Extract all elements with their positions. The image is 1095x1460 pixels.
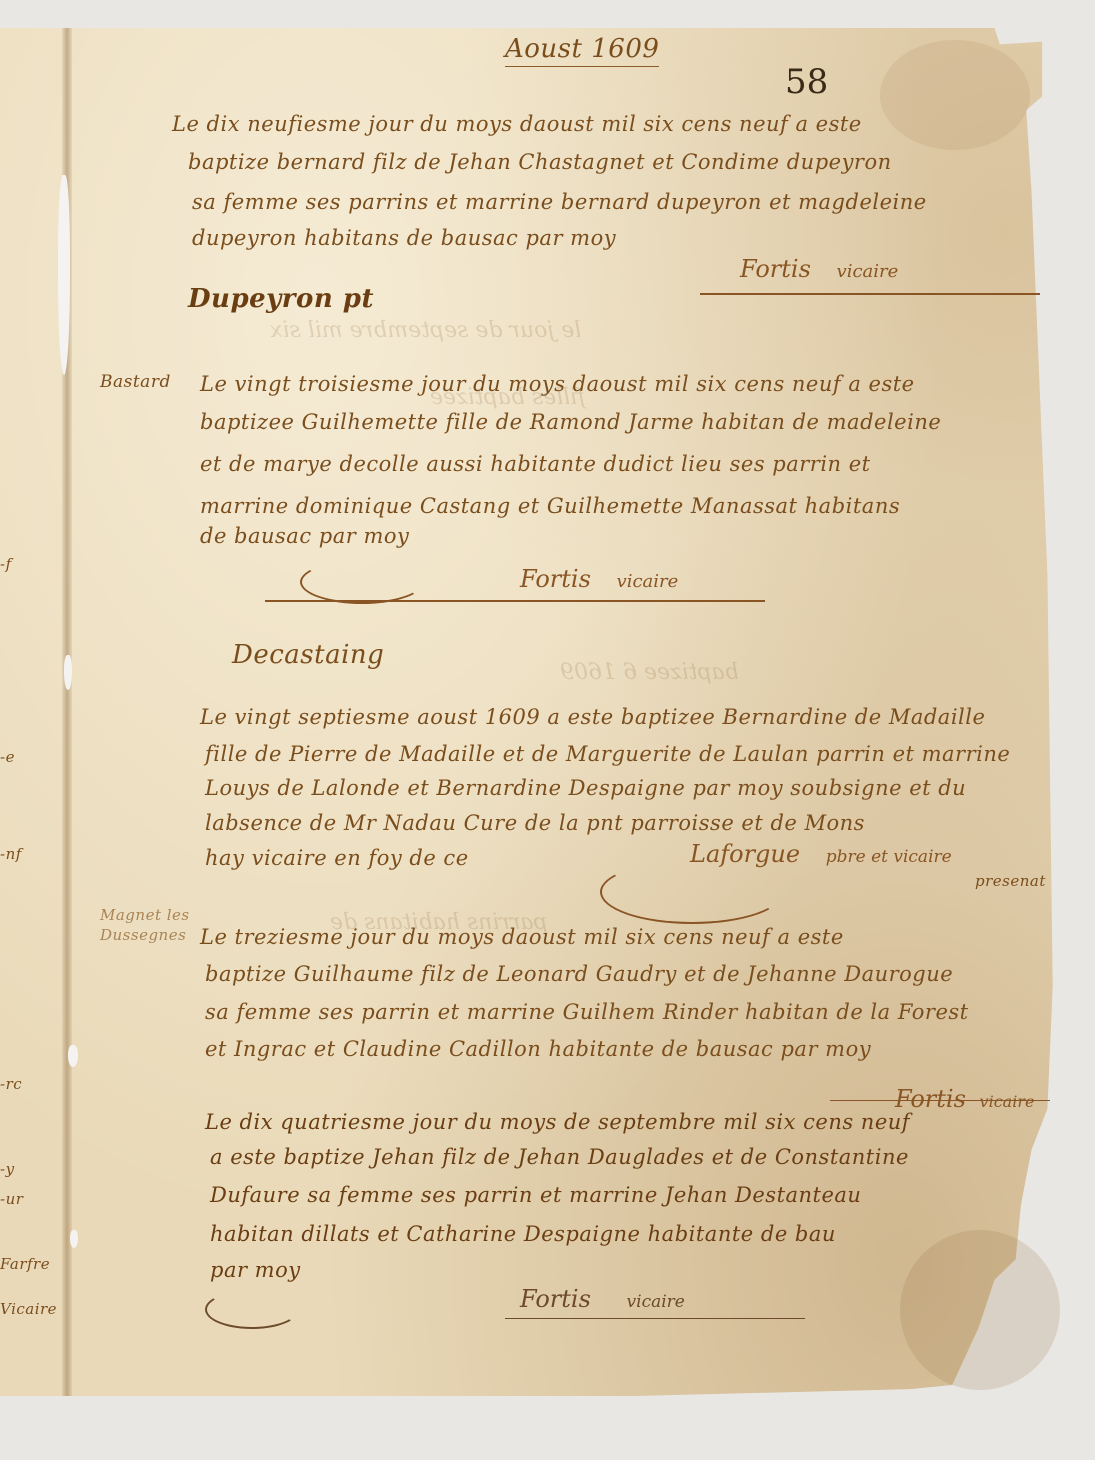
signature-flourish <box>205 1290 299 1329</box>
entry-3-signature-extra: presenat <box>975 872 1046 890</box>
entry-4-signature: Fortis vicaire <box>895 1085 1034 1113</box>
signature-title: vicaire <box>837 261 899 282</box>
left-page-fragment: -ur <box>0 1190 23 1208</box>
left-page-fragment: -f <box>0 555 12 573</box>
entry-2-line-4: marrine dominique Castang et Guilhemette… <box>200 494 900 518</box>
entry-5-line-2: a este baptize Jehan filz de Jehan Daugl… <box>210 1145 909 1169</box>
entry-2-line-3: et de marye decolle aussi habitante dudi… <box>200 452 871 476</box>
folio-number: 58 <box>785 62 828 102</box>
signature-title: vicaire <box>980 1092 1035 1111</box>
entry-5-line-5: par moy <box>210 1258 301 1282</box>
bleed-through-text: baptizee 6 1609 <box>560 660 739 685</box>
section-heading-dupeyron: Dupeyron pt <box>188 284 374 314</box>
left-page-fragment: -nf <box>0 845 22 863</box>
entry-4-line-1: Le treziesme jour du moys daoust mil six… <box>200 925 844 949</box>
entry-2-line-2: baptizee Guilhemette fille de Ramond Jar… <box>200 410 941 434</box>
entry-5-line-1: Le dix quatriesme jour du moys de septem… <box>205 1110 910 1134</box>
signature-rule <box>505 1318 805 1319</box>
signature-flourish <box>300 560 424 604</box>
entry-5-signature: Fortis vicaire <box>520 1285 685 1313</box>
signature-name: Fortis <box>520 565 591 593</box>
entry-2-signature: Fortis vicaire <box>520 565 678 593</box>
signature-flourish <box>600 860 784 924</box>
entry-1-line-1: Le dix neufiesme jour du moys daoust mil… <box>172 112 862 136</box>
signature-name: Fortis <box>740 255 811 283</box>
stain <box>880 40 1030 150</box>
signature-rule <box>700 293 1040 295</box>
signature-title: vicaire <box>627 1292 685 1312</box>
entry-4-line-2: baptize Guilhaume filz de Leonard Gaudry… <box>205 962 953 986</box>
signature-name: Fortis <box>895 1085 966 1113</box>
signature-title: pbre et vicaire <box>826 847 952 867</box>
section-heading-decastaing: Decastaing <box>232 640 384 670</box>
gutter-tear-mid <box>64 655 72 690</box>
left-page-fragment: Farfre <box>0 1255 50 1273</box>
entry-4-line-4: et Ingrac et Claudine Cadillon habitante… <box>205 1037 871 1061</box>
left-page-fragment: -rc <box>0 1075 22 1093</box>
signature-rule <box>830 1100 1050 1101</box>
left-page-fragment: Vicaire <box>0 1300 57 1318</box>
entry-2-line-1: Le vingt troisiesme jour du moys daoust … <box>200 372 915 396</box>
gutter-tear-low <box>68 1045 78 1067</box>
stain <box>900 1230 1060 1390</box>
entry-3-line-5: hay vicaire en foy de ce <box>205 846 469 870</box>
gutter-tear-bottom <box>70 1230 78 1248</box>
entry-2-margin-note: Bastard <box>100 372 171 392</box>
entry-5-line-3: Dufaure sa femme ses parrin et marrine J… <box>210 1183 861 1207</box>
entry-4-margin-note: Magnet les Dussegnes <box>100 905 195 945</box>
entry-3-line-4: labsence de Mr Nadau Cure de la pnt parr… <box>205 811 865 835</box>
entry-1-line-2: baptize bernard filz de Jehan Chastagnet… <box>188 150 892 174</box>
signature-title: vicaire <box>617 571 679 592</box>
entry-3-line-3: Louys de Lalonde et Bernardine Despaigne… <box>205 776 966 800</box>
signature-name: Fortis <box>520 1285 591 1313</box>
entry-1-line-4: dupeyron habitans de bausac par moy <box>192 226 616 250</box>
entry-2-line-5: de bausac par moy <box>200 524 409 548</box>
entry-1-line-3: sa femme ses parrins et marrine bernard … <box>192 190 927 214</box>
gutter-tear-top <box>58 175 70 375</box>
entry-3-line-1: Le vingt septiesme aoust 1609 a este bap… <box>200 705 985 729</box>
entry-1-signature: Fortis vicaire <box>740 255 898 283</box>
month-year-heading: Aoust 1609 <box>505 34 659 64</box>
entry-4-line-3: sa femme ses parrin et marrine Guilhem R… <box>205 1000 969 1024</box>
left-page-fragment: -y <box>0 1160 15 1178</box>
bleed-through-text: le jour de septembre mil six <box>270 318 581 343</box>
month-year-text: Aoust 1609 <box>505 34 659 67</box>
entry-3-line-2: fille de Pierre de Madaille et de Margue… <box>205 742 1010 766</box>
entry-5-line-4: habitan dillats et Catharine Despaigne h… <box>210 1222 836 1246</box>
left-page-fragment: -e <box>0 748 15 766</box>
